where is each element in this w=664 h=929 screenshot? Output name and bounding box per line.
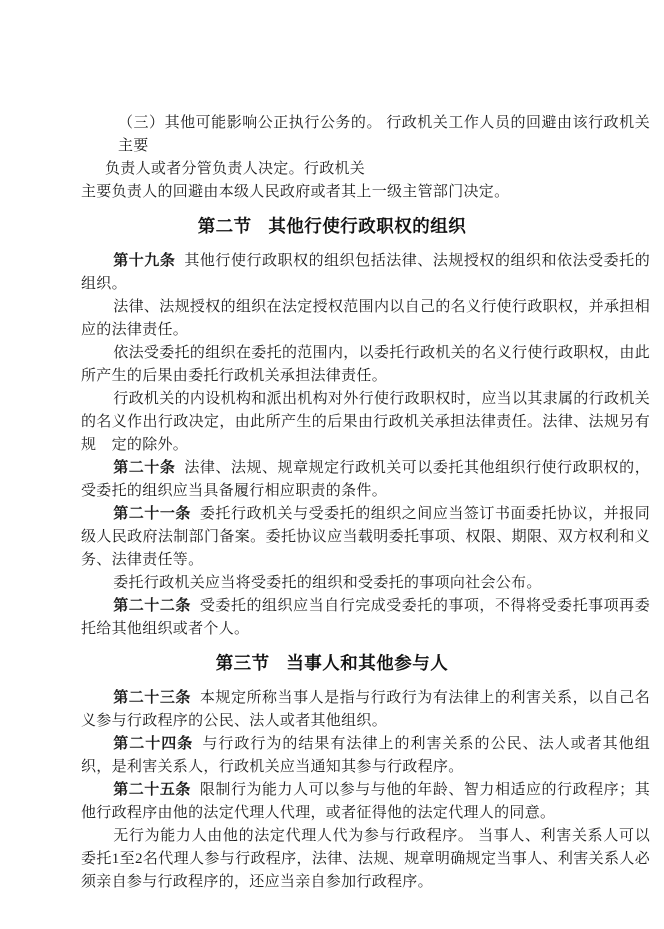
article-paragraph: 依法受委托的组织在委托的范围内，以委托行政机关的名义行使行政职权，由此所产生的后… bbox=[81, 342, 650, 388]
article-paragraph: 第二十五条限制行为能力人可以参与与他的年龄、智力相适应的行政程序；其他行政程序由… bbox=[81, 779, 650, 825]
article-number: 第十九条 bbox=[113, 253, 175, 269]
document-body: （三）其他可能影响公正执行公务的。 行政机关工作人员的回避由该行政机关主要 负责… bbox=[81, 112, 650, 894]
section-title: 其他行使行政职权的组织 bbox=[268, 216, 466, 236]
article-number: 第二十二条 bbox=[113, 598, 191, 614]
article-paragraph: 第二十条法律、法规、规章规定行政机关可以委托其他组织行使行政职权的，受委托的组织… bbox=[81, 457, 650, 503]
article-paragraph: 法律、法规授权的组织在法定授权范围内以自己的名义行使行政职权，并承担相应的法律责… bbox=[81, 296, 650, 342]
article-text: 行政机关的内设机构和派出机构对外行使行政职权时，应当以其隶属的行政机关的名义作出… bbox=[81, 391, 650, 453]
article-number: 第二十四条 bbox=[113, 736, 193, 752]
article-text: 无行为能力人由他的法定代理人代为参与行政程序。 当事人、利害关系人可以委托1至2… bbox=[81, 828, 650, 890]
article-text: 法律、法规授权的组织在法定授权范围内以自己的名义行使行政职权，并承担相应的法律责… bbox=[81, 299, 650, 338]
section-heading-2: 第二节其他行使行政职权的组织 bbox=[0, 213, 664, 239]
article-text: 依法受委托的组织在委托的范围内，以委托行政机关的名义行使行政职权，由此所产生的后… bbox=[81, 345, 650, 384]
article-number: 第二十一条 bbox=[113, 506, 191, 522]
article-text: 委托行政机关应当将受委托的组织和受委托的事项向社会公布。 bbox=[113, 575, 541, 591]
article-paragraph: 无行为能力人由他的法定代理人代为参与行政程序。 当事人、利害关系人可以委托1至2… bbox=[81, 825, 650, 894]
article-paragraph: 第十九条其他行使行政职权的组织包括法律、法规授权的组织和依法受委托的组织。 bbox=[81, 250, 650, 296]
clause-line: （三）其他可能影响公正执行公务的。 行政机关工作人员的回避由该行政机关主要 bbox=[81, 112, 650, 158]
section-number: 第三节 bbox=[216, 653, 270, 673]
section-title: 当事人和其他参与人 bbox=[286, 653, 448, 673]
article-paragraph: 行政机关的内设机构和派出机构对外行使行政职权时，应当以其隶属的行政机关的名义作出… bbox=[81, 388, 650, 457]
article-number: 第二十三条 bbox=[113, 690, 191, 706]
article-paragraph: 第二十二条受委托的组织应当自行完成受委托的事项，不得将受委托事项再委托给其他组织… bbox=[81, 595, 650, 641]
article-paragraph: 第二十一条委托行政机关与受委托的组织之间应当签订书面委托协议，并报同 级人民政府… bbox=[81, 503, 650, 572]
clause-line: 主要负责人的回避由本级人民政府或者其上一级主管部门决定。 bbox=[81, 181, 650, 204]
section-number: 第二节 bbox=[198, 216, 252, 236]
article-number: 第二十条 bbox=[113, 460, 175, 476]
section-heading-3: 第三节当事人和其他参与人 bbox=[0, 650, 664, 676]
article-number: 第二十五条 bbox=[113, 782, 191, 798]
document-page: （三）其他可能影响公正执行公务的。 行政机关工作人员的回避由该行政机关主要 负责… bbox=[0, 0, 664, 929]
article-paragraph: 第二十四条与行政行为的结果有法律上的利害关系的公民、法人或者其他组织，是利害关系… bbox=[81, 733, 650, 779]
article-paragraph: 委托行政机关应当将受委托的组织和受委托的事项向社会公布。 bbox=[81, 572, 650, 595]
clause-line: 负责人或者分管负责人决定。行政机关 bbox=[81, 158, 650, 181]
article-paragraph: 第二十三条本规定所称当事人是指与行政行为有法律上的利害关系，以自己名义参与行政程… bbox=[81, 687, 650, 733]
